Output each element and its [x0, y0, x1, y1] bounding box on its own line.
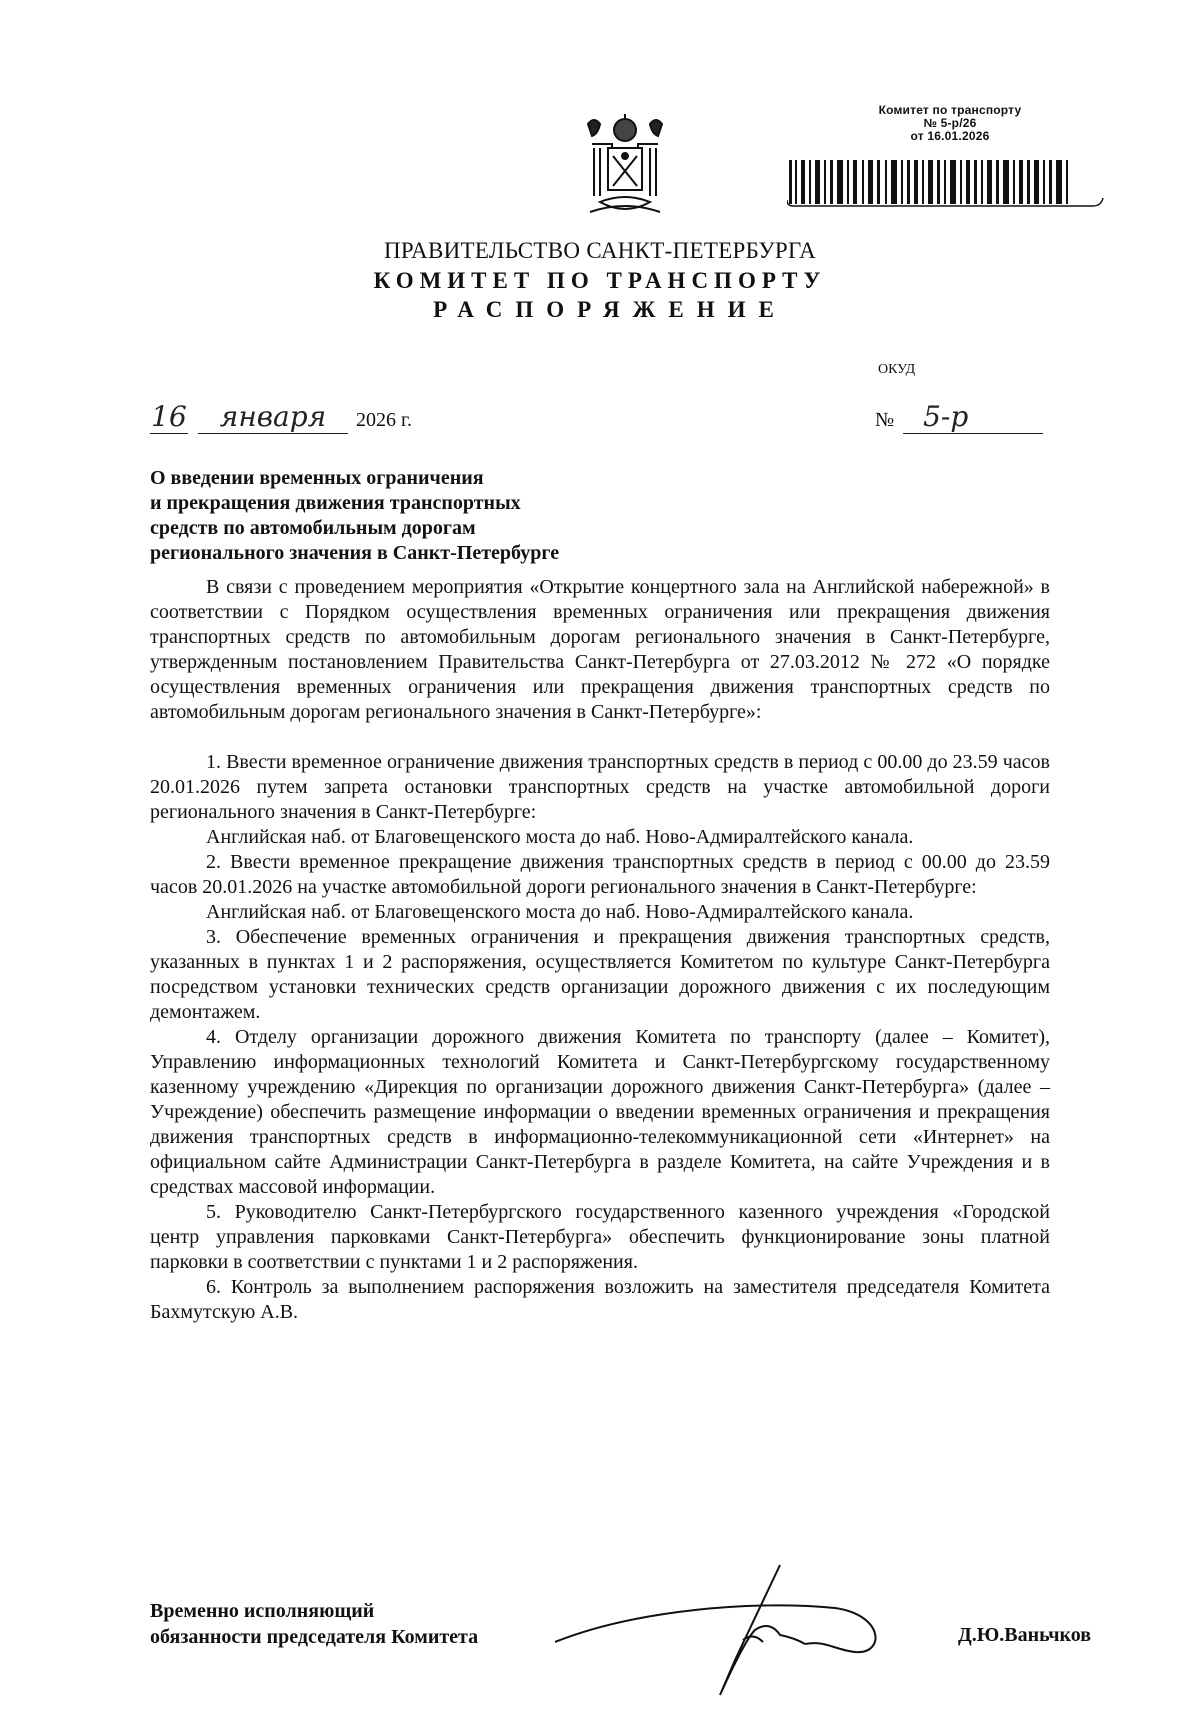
document-date: 16 января 2026 г. — [150, 400, 412, 440]
number-value: 5-р — [903, 400, 1043, 434]
document-number: № 5-р — [875, 400, 1043, 440]
coat-of-arms-icon — [580, 112, 670, 218]
item-2-location: Английская наб. от Благовещенского моста… — [150, 900, 1050, 925]
government-name: ПРАВИТЕЛЬСТВО САНКТ-ПЕТЕРБУРГА — [0, 238, 1200, 264]
date-year: 2026 г. — [356, 409, 412, 431]
number-label: № — [875, 409, 894, 431]
title-line: регионального значения в Санкт-Петербург… — [150, 541, 559, 566]
document-body: В связи с проведением мероприятия «Откры… — [150, 575, 1050, 1325]
date-month: января — [198, 400, 348, 434]
document-type: РАСПОРЯЖЕНИЕ — [0, 297, 1200, 323]
title-line: О введении временных ограничения — [150, 466, 559, 491]
item-3: 3. Обеспечение временных ограничения и п… — [150, 925, 1050, 1025]
committee-name: КОМИТЕТ ПО ТРАНСПОРТУ — [0, 268, 1200, 294]
position-line-1: Временно исполняющий — [150, 1598, 478, 1624]
item-6: 6. Контроль за выполнением распоряжения … — [150, 1275, 1050, 1325]
item-1-location: Английская наб. от Благовещенского моста… — [150, 825, 1050, 850]
item-5: 5. Руководителю Санкт-Петербургского гос… — [150, 1200, 1050, 1275]
signatory-position: Временно исполняющий обязанности председ… — [150, 1598, 478, 1650]
date-day: 16 — [150, 400, 188, 434]
position-line-2: обязанности председателя Комитета — [150, 1624, 478, 1650]
item-4: 4. Отделу организации дорожного движения… — [150, 1025, 1050, 1200]
document-title: О введении временных ограничения и прекр… — [150, 466, 559, 566]
registration-stamp: Комитет по транспорту № 5-р/26 от 16.01.… — [780, 104, 1120, 143]
handwritten-signature-icon — [555, 1560, 955, 1700]
title-line: средств по автомобильным дорогам — [150, 516, 559, 541]
okud-label: ОКУД — [878, 362, 915, 378]
stamp-date: от 16.01.2026 — [780, 130, 1120, 143]
signatory-name: Д.Ю.Ваньчков — [958, 1624, 1091, 1647]
item-1: 1. Ввести временное ограничение движения… — [150, 750, 1050, 825]
item-2: 2. Ввести временное прекращение движения… — [150, 850, 1050, 900]
title-line: и прекращения движения транспортных — [150, 491, 559, 516]
barcode-icon — [787, 160, 1107, 222]
preamble: В связи с проведением мероприятия «Откры… — [150, 575, 1050, 725]
